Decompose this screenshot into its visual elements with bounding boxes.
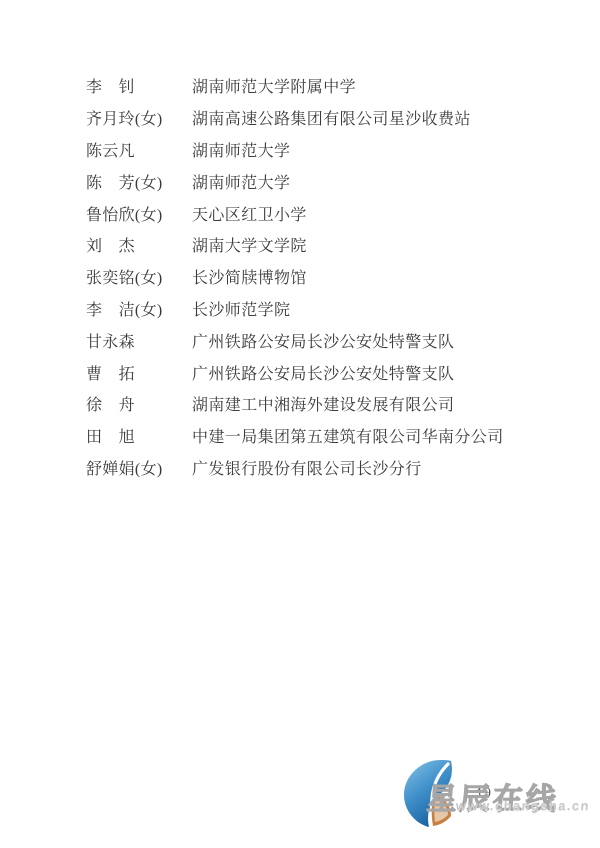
organization-name: 中建一局集团第五建筑有限公司华南分公司 [192,424,504,447]
organization-name: 湖南师范大学 [192,138,290,161]
organization-name: 湖南师范大学 [192,170,290,193]
organization-name: 湖南高速公路集团有限公司星沙收费站 [192,106,471,129]
roster-row: 徐 舟 湖南建工中湘海外建设发展有限公司 [86,388,586,420]
roster-row: 齐月玲(女) 湖南高速公路集团有限公司星沙收费站 [86,102,586,134]
organization-name: 湖南师范大学附属中学 [192,74,356,97]
organization-name: 长沙简牍博物馆 [192,265,307,288]
award-roster-list: 李 钊 湖南师范大学附属中学 齐月玲(女) 湖南高速公路集团有限公司星沙收费站 … [86,70,586,483]
person-name: 陈 芳(女) [86,170,192,193]
roster-row: 陈云凡 湖南师范大学 [86,134,586,166]
organization-name: 湖南大学文学院 [192,233,307,256]
document-page: 李 钊 湖南师范大学附属中学 齐月玲(女) 湖南高速公路集团有限公司星沙收费站 … [0,0,600,848]
roster-row: 曹 拓 广州铁路公安局长沙公安处特警支队 [86,356,586,388]
person-name: 舒婵娟(女) [86,456,192,479]
changsha-online-watermark: 星辰在线 www.changsha.cn [402,756,592,842]
person-name: 李 钊 [86,74,192,97]
roster-row: 田 旭 中建一局集团第五建筑有限公司华南分公司 [86,420,586,452]
roster-row: 李 钊 湖南师范大学附属中学 [86,70,586,102]
organization-name: 长沙师范学院 [192,297,290,320]
watermark-site-url: www.changsha.cn [455,798,590,813]
organization-name: 广州铁路公安局长沙公安处特警支队 [192,361,454,384]
organization-name: 天心区红卫小学 [192,202,307,225]
person-name: 田 旭 [86,424,192,447]
organization-name: 湖南建工中湘海外建设发展有限公司 [192,392,454,415]
roster-row: 甘永森 广州铁路公安局长沙公安处特警支队 [86,324,586,356]
roster-row: 张奕铭(女) 长沙简牍博物馆 [86,261,586,293]
person-name: 李 洁(女) [86,297,192,320]
person-name: 鲁怡欣(女) [86,202,192,225]
person-name: 徐 舟 [86,392,192,415]
roster-row: 李 洁(女) 长沙师范学院 [86,293,586,325]
organization-name: 广州铁路公安局长沙公安处特警支队 [192,329,454,352]
roster-row: 舒婵娟(女) 广发银行股份有限公司长沙分行 [86,452,586,484]
roster-row: 陈 芳(女) 湖南师范大学 [86,165,586,197]
roster-row: 刘 杰 湖南大学文学院 [86,229,586,261]
person-name: 张奕铭(女) [86,265,192,288]
person-name: 曹 拓 [86,361,192,384]
person-name: 甘永森 [86,329,192,352]
organization-name: 广发银行股份有限公司长沙分行 [192,456,422,479]
person-name: 刘 杰 [86,233,192,256]
person-name: 陈云凡 [86,138,192,161]
person-name: 齐月玲(女) [86,106,192,129]
roster-row: 鲁怡欣(女) 天心区红卫小学 [86,197,586,229]
